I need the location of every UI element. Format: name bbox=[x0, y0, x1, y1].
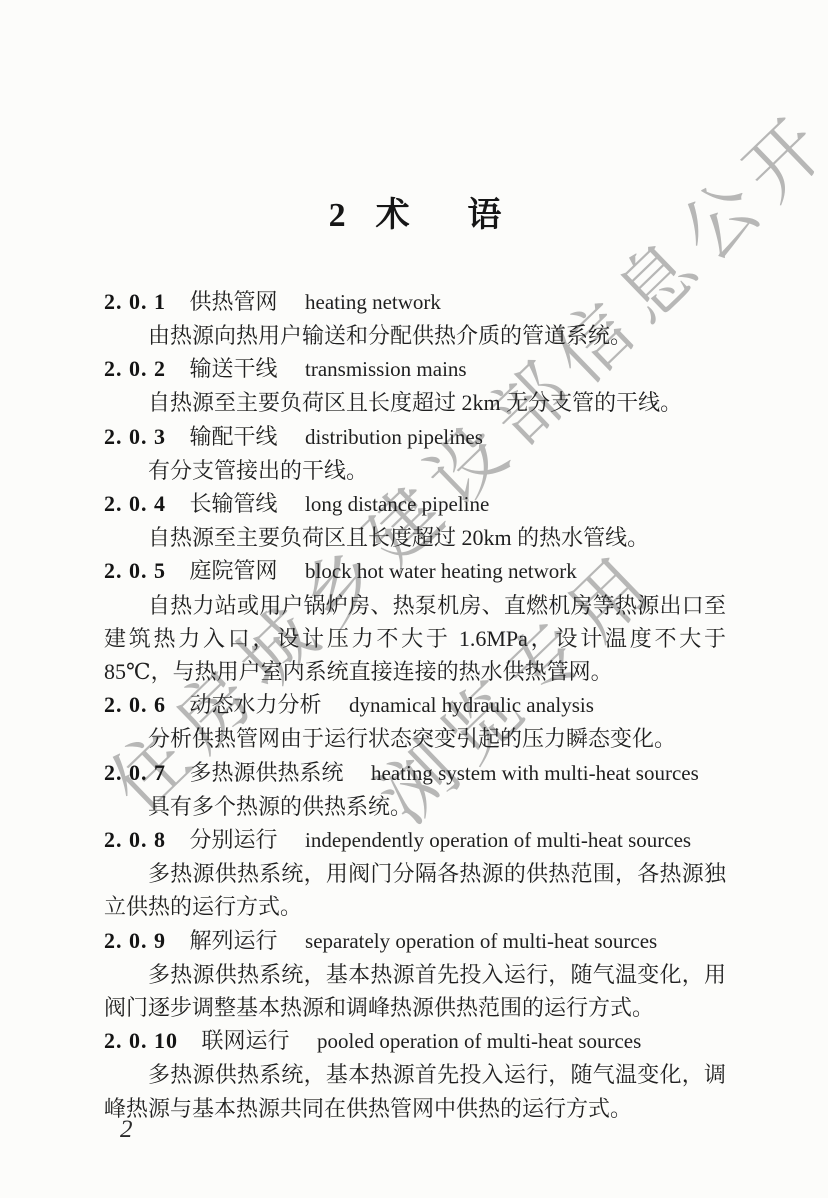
term-entry-head: 2. 0. 5 庭院管网 block hot water heating net… bbox=[104, 554, 726, 588]
term-definition: 自热源至主要负荷区且长度超过 2km 无分支管的干线。 bbox=[104, 386, 726, 419]
term-chinese: 输配干线 bbox=[190, 424, 278, 449]
term-number: 2. 0. 1 bbox=[104, 289, 166, 314]
term-entry: 2. 0. 4 长输管线 long distance pipeline 自热源至… bbox=[104, 487, 726, 554]
term-english: block hot water heating network bbox=[305, 559, 577, 583]
term-number: 2. 0. 8 bbox=[104, 827, 166, 852]
page-content: 2术语 2. 0. 1 供热管网 heating network 由热源向热用户… bbox=[104, 196, 726, 1125]
term-entry-head: 2. 0. 4 长输管线 long distance pipeline bbox=[104, 487, 726, 521]
term-english: long distance pipeline bbox=[305, 492, 489, 516]
term-number: 2. 0. 3 bbox=[104, 424, 166, 449]
term-entry: 2. 0. 3 输配干线 distribution pipelines 有分支管… bbox=[104, 420, 726, 487]
term-chinese: 长输管线 bbox=[190, 491, 278, 516]
term-chinese: 庭院管网 bbox=[190, 558, 278, 583]
term-number: 2. 0. 9 bbox=[104, 928, 166, 953]
term-entry-head: 2. 0. 10 联网运行 pooled operation of multi-… bbox=[104, 1024, 726, 1058]
term-entry: 2. 0. 7 多热源供热系统 heating system with mult… bbox=[104, 756, 726, 823]
term-chinese: 供热管网 bbox=[190, 289, 278, 314]
term-entry-head: 2. 0. 8 分别运行 independently operation of … bbox=[104, 823, 726, 857]
term-number: 2. 0. 5 bbox=[104, 558, 166, 583]
term-english: heating network bbox=[305, 290, 441, 314]
term-chinese: 解列运行 bbox=[190, 928, 278, 953]
term-entry: 2. 0. 10 联网运行 pooled operation of multi-… bbox=[104, 1024, 726, 1125]
term-entry-head: 2. 0. 7 多热源供热系统 heating system with mult… bbox=[104, 756, 726, 790]
term-chinese: 联网运行 bbox=[202, 1028, 290, 1053]
term-number: 2. 0. 7 bbox=[104, 760, 166, 785]
term-entry-head: 2. 0. 6 动态水力分析 dynamical hydraulic analy… bbox=[104, 688, 726, 722]
term-number: 2. 0. 4 bbox=[104, 491, 166, 516]
term-number: 2. 0. 6 bbox=[104, 692, 166, 717]
term-entry: 2. 0. 9 解列运行 separately operation of mul… bbox=[104, 924, 726, 1025]
chapter-title: 2术语 bbox=[104, 196, 726, 237]
term-entry: 2. 0. 5 庭院管网 block hot water heating net… bbox=[104, 554, 726, 688]
term-entry-head: 2. 0. 9 解列运行 separately operation of mul… bbox=[104, 924, 726, 958]
term-entry-head: 2. 0. 2 输送干线 transmission mains bbox=[104, 352, 726, 386]
term-chinese: 多热源供热系统 bbox=[190, 760, 344, 785]
term-definition: 多热源供热系统，基本热源首先投入运行，随气温变化，用阀门逐步调整基本热源和调峰热… bbox=[104, 958, 726, 1024]
term-english: independently operation of multi-heat so… bbox=[305, 828, 691, 852]
term-english: transmission mains bbox=[305, 357, 467, 381]
term-definition: 多热源供热系统，基本热源首先投入运行，随气温变化，调峰热源与基本热源共同在供热管… bbox=[104, 1058, 726, 1124]
term-chinese: 动态水力分析 bbox=[190, 692, 322, 717]
terms-list: 2. 0. 1 供热管网 heating network 由热源向热用户输送和分… bbox=[104, 285, 726, 1125]
page-number: 2 bbox=[120, 1116, 133, 1144]
term-chinese: 分别运行 bbox=[190, 827, 278, 852]
term-entry: 2. 0. 2 输送干线 transmission mains 自热源至主要负荷… bbox=[104, 352, 726, 419]
term-definition: 具有多个热源的供热系统。 bbox=[104, 790, 726, 823]
term-english: heating system with multi-heat sources bbox=[371, 761, 699, 785]
term-english: pooled operation of multi-heat sources bbox=[317, 1029, 641, 1053]
term-entry: 2. 0. 6 动态水力分析 dynamical hydraulic analy… bbox=[104, 688, 726, 755]
term-entry-head: 2. 0. 3 输配干线 distribution pipelines bbox=[104, 420, 726, 454]
term-english: dynamical hydraulic analysis bbox=[349, 693, 594, 717]
term-number: 2. 0. 2 bbox=[104, 356, 166, 381]
term-definition: 由热源向热用户输送和分配供热介质的管道系统。 bbox=[104, 319, 726, 352]
term-english: distribution pipelines bbox=[305, 425, 483, 449]
term-definition: 多热源供热系统，用阀门分隔各热源的供热范围，各热源独立供热的运行方式。 bbox=[104, 857, 726, 923]
chapter-number: 2 bbox=[329, 197, 346, 234]
term-chinese: 输送干线 bbox=[190, 356, 278, 381]
term-definition: 自热力站或用户锅炉房、热泵机房、直燃机房等热源出口至建筑热力入口，设计压力不大于… bbox=[104, 589, 726, 689]
term-entry-head: 2. 0. 1 供热管网 heating network bbox=[104, 285, 726, 319]
term-definition: 有分支管接出的干线。 bbox=[104, 454, 726, 487]
term-english: separately operation of multi-heat sourc… bbox=[305, 929, 657, 953]
chapter-title-text: 术语 bbox=[376, 197, 560, 234]
term-definition: 分析供热管网由于运行状态突变引起的压力瞬态变化。 bbox=[104, 722, 726, 755]
term-definition: 自热源至主要负荷区且长度超过 20km 的热水管线。 bbox=[104, 521, 726, 554]
term-number: 2. 0. 10 bbox=[104, 1028, 178, 1053]
term-entry: 2. 0. 1 供热管网 heating network 由热源向热用户输送和分… bbox=[104, 285, 726, 352]
document-page: 住房城乡建设部信息公开 浏览专用 2术语 2. 0. 1 供热管网 heatin… bbox=[0, 0, 828, 1198]
term-entry: 2. 0. 8 分别运行 independently operation of … bbox=[104, 823, 726, 924]
